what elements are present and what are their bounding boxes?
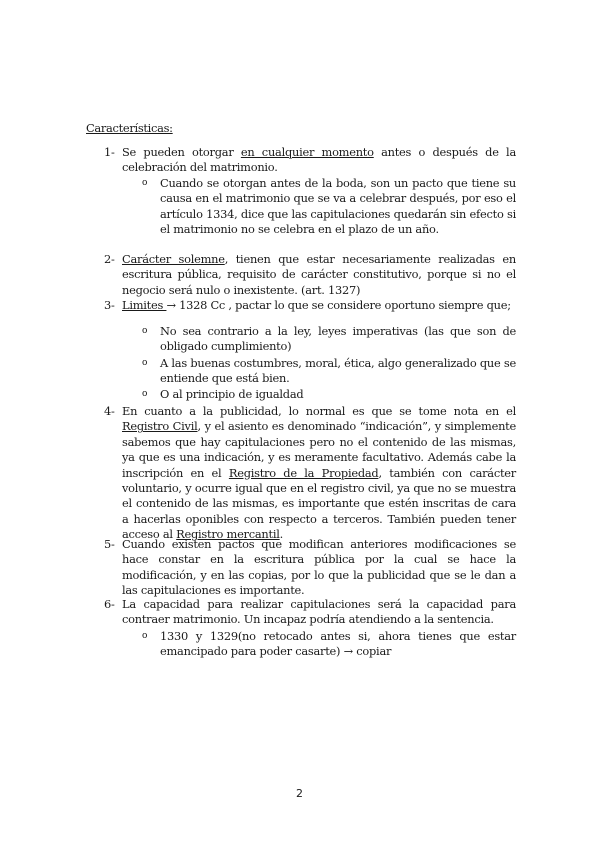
section-heading: Características: — [86, 121, 173, 135]
item-text: Carácter solemne, tienen que estar neces… — [122, 252, 516, 298]
bullet-icon: o — [142, 356, 147, 371]
sub-item-3-1: o No sea contrario a la ley, leyes imper… — [142, 324, 516, 355]
sub-item-3-2: o A las buenas costumbres, moral, ética,… — [142, 356, 516, 387]
bullet-icon: o — [142, 387, 147, 402]
document-page: Características: 1- Se pueden otorgar en… — [0, 0, 599, 848]
sub-item-1-1: o Cuando se otorgan antes de la boda, so… — [142, 176, 516, 238]
item-number: 3- — [104, 298, 115, 313]
item-number: 4- — [104, 404, 115, 419]
item-text: La capacidad para realizar capitulacione… — [122, 597, 516, 628]
item-number: 2- — [104, 252, 115, 267]
item-number: 6- — [104, 597, 115, 612]
list-item-2: 2- Carácter solemne, tienen que estar ne… — [104, 252, 516, 298]
item-text: En cuanto a la publicidad, lo normal es … — [122, 404, 516, 543]
sub-item-6-1: o 1330 y 1329(no retocado antes si, ahor… — [142, 629, 516, 660]
list-item-4: 4- En cuanto a la publicidad, lo normal … — [104, 404, 516, 543]
page-number: 2 — [296, 787, 303, 800]
sub-item-3-3: o O al principio de igualdad — [142, 387, 516, 402]
list-item-6: 6- La capacidad para realizar capitulaci… — [104, 597, 516, 628]
item-number: 5- — [104, 537, 115, 552]
item-text: Cuando existen pactos que modifican ante… — [122, 537, 516, 599]
bullet-icon: o — [142, 324, 147, 339]
list-item-3: 3- Limites → 1328 Cc , pactar lo que se … — [104, 298, 516, 313]
item-text: Se pueden otorgar en cualquier momento a… — [122, 145, 516, 176]
bullet-icon: o — [142, 176, 147, 191]
list-item-1: 1- Se pueden otorgar en cualquier moment… — [104, 145, 516, 176]
item-text: Limites → 1328 Cc , pactar lo que se con… — [122, 298, 516, 313]
item-number: 1- — [104, 145, 115, 160]
list-item-5: 5- Cuando existen pactos que modifican a… — [104, 537, 516, 599]
bullet-icon: o — [142, 629, 147, 644]
